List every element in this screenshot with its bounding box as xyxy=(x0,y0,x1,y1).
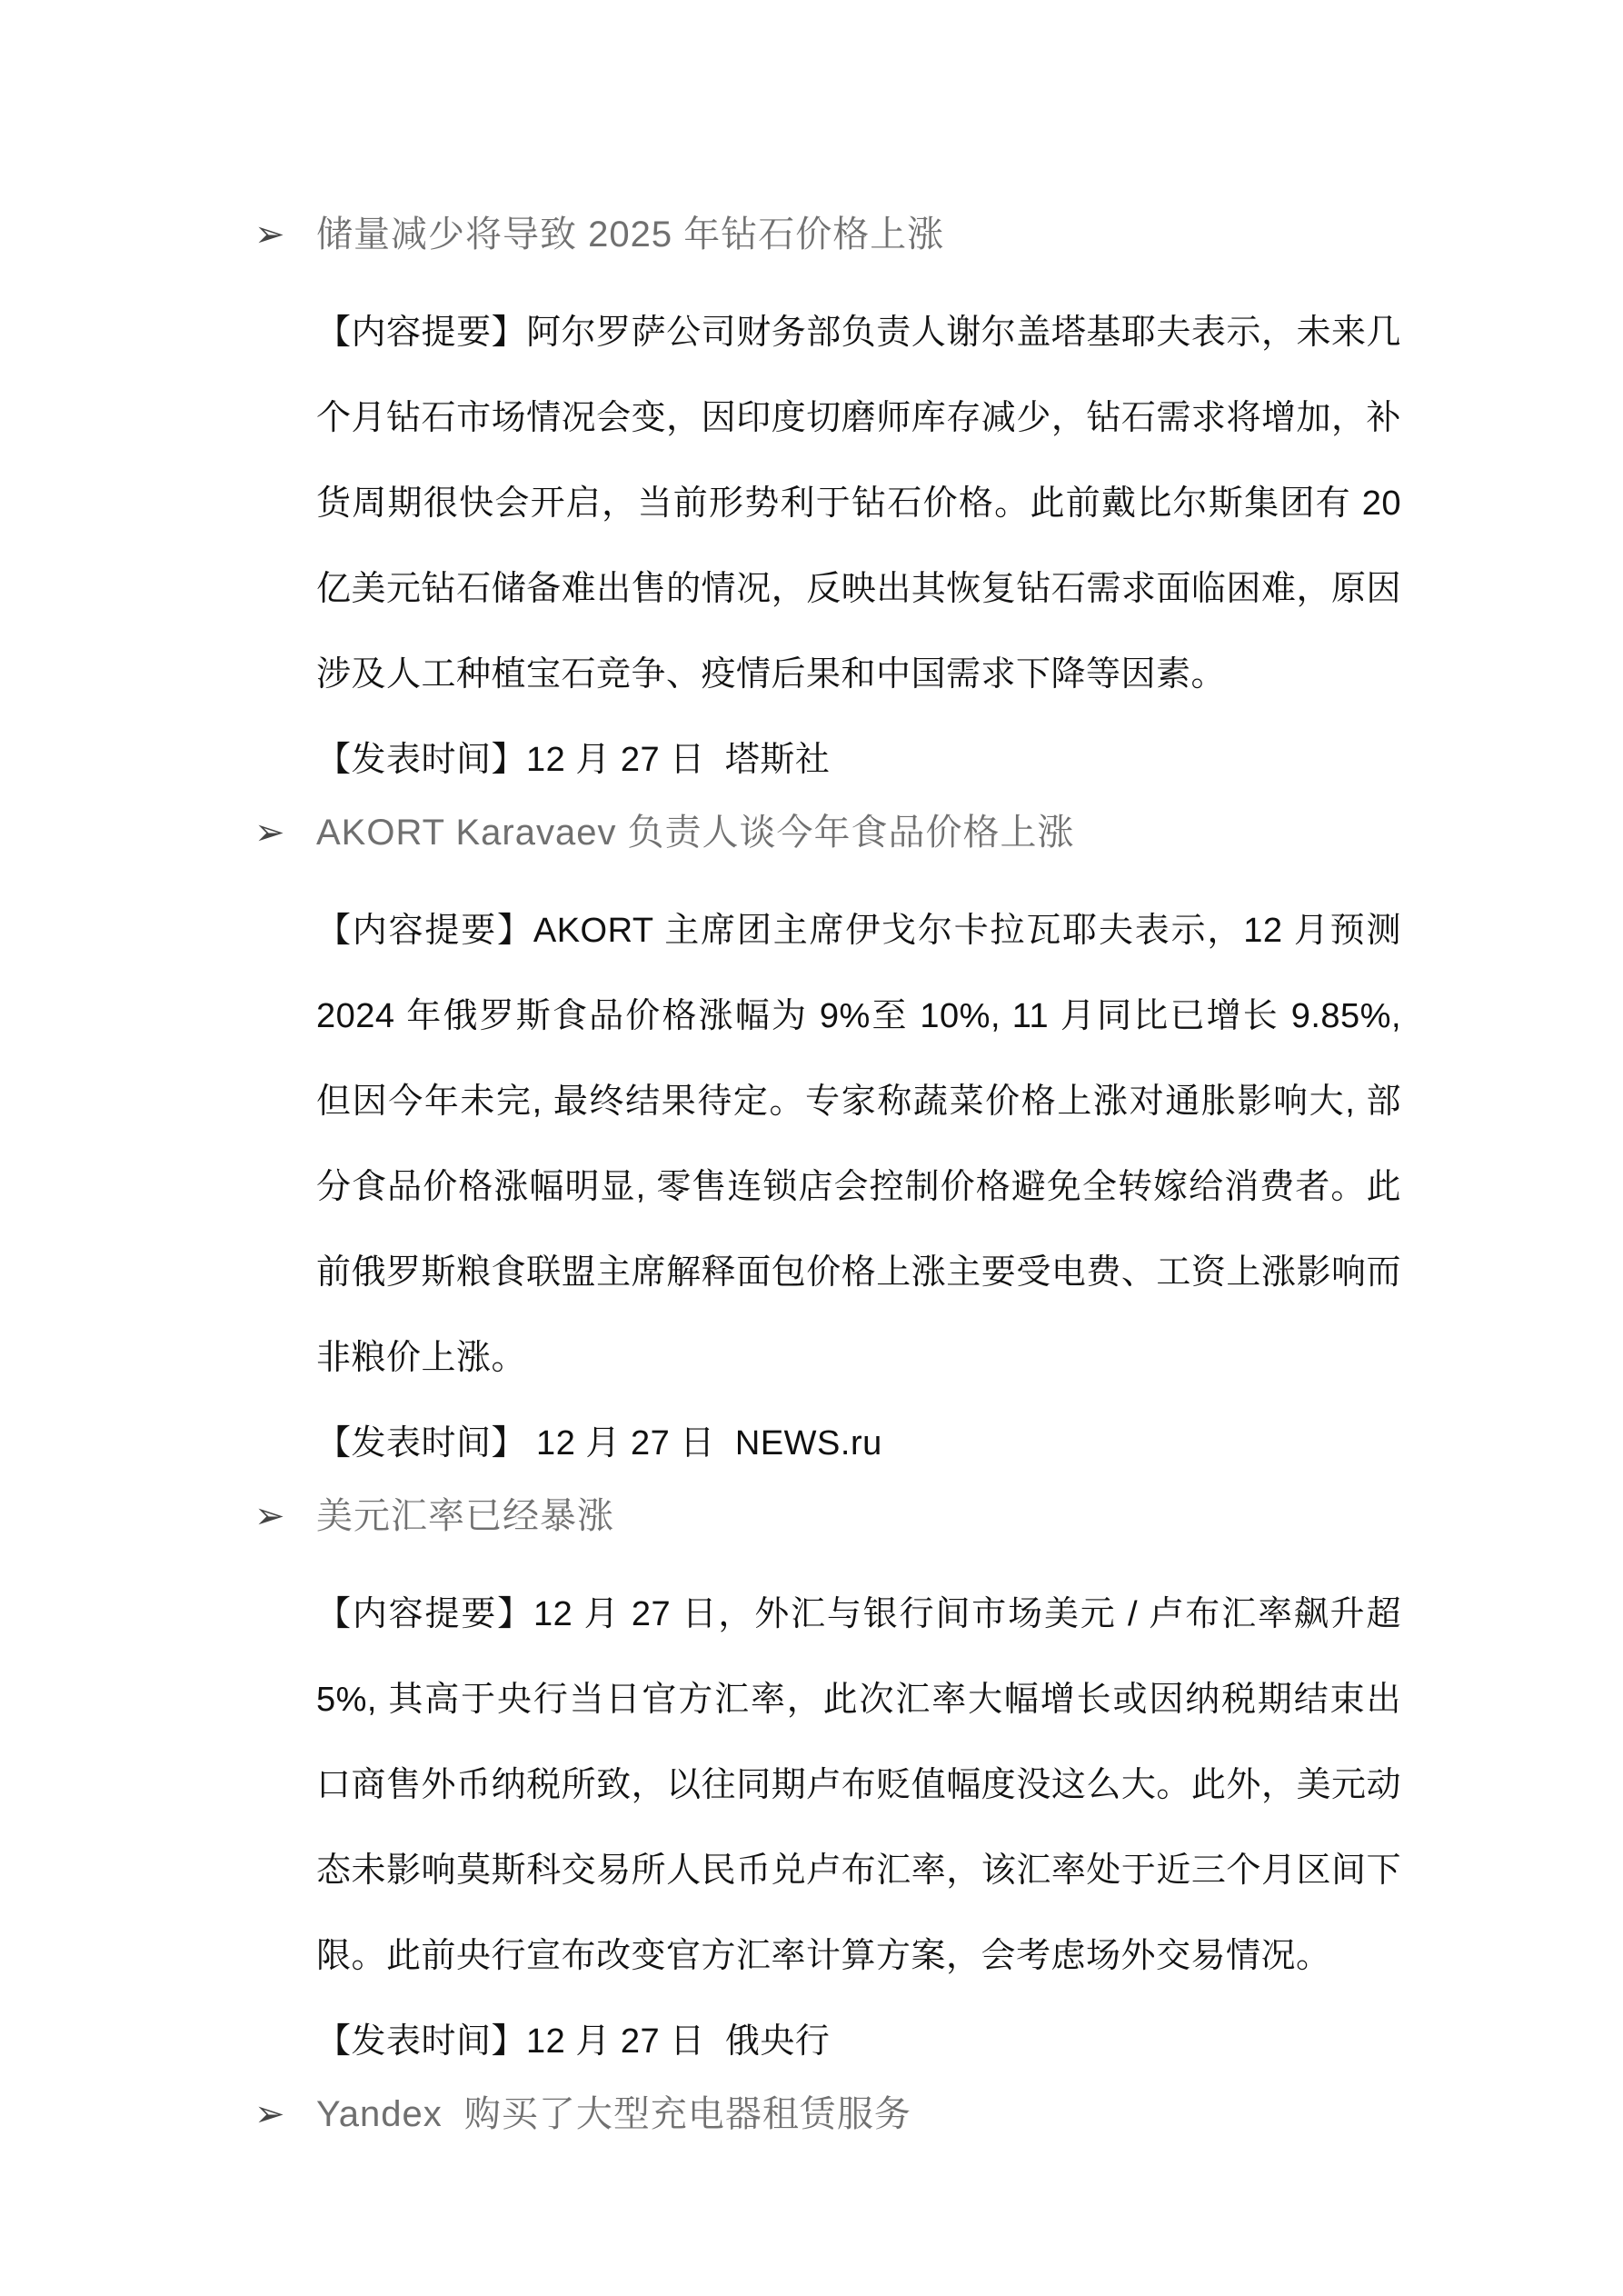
heading-row: ➢ Yandex 购买了大型充电器租赁服务 xyxy=(254,2071,1401,2157)
document-content: ➢ 储量减少将导致 2025 年钻石价格上涨 【内容提要】阿尔罗萨公司财务部负责… xyxy=(254,192,1401,2144)
news-section-food-prices: ➢ AKORT Karavaev 负责人谈今年食品价格上涨 【内容提要】AKOR… xyxy=(254,790,1401,1486)
heading-row: ➢ 储量减少将导致 2025 年钻石价格上涨 xyxy=(254,192,1401,277)
news-summary: 【内容提要】12 月 27 日，外汇与银行间市场美元 / 卢布汇率飙升超 5%,… xyxy=(316,1572,1401,1999)
heading-row: ➢ AKORT Karavaev 负责人谈今年食品价格上涨 xyxy=(254,790,1401,875)
news-summary: 【内容提要】AKORT 主席团主席伊戈尔卡拉瓦耶夫表示，12 月预测 2024 … xyxy=(316,888,1401,1401)
news-summary: 【内容提要】阿尔罗萨公司财务部负责人谢尔盖塔基耶夫表示，未来几个月钻石市场情况会… xyxy=(316,290,1401,717)
news-heading: AKORT Karavaev 负责人谈今年食品价格上涨 xyxy=(316,790,1075,875)
news-section-diamond-prices: ➢ 储量减少将导致 2025 年钻石价格上涨 【内容提要】阿尔罗萨公司财务部负责… xyxy=(254,192,1401,803)
news-heading: 美元汇率已经暴涨 xyxy=(316,1473,614,1559)
news-section-usd-rate: ➢ 美元汇率已经暴涨 【内容提要】12 月 27 日，外汇与银行间市场美元 / … xyxy=(254,1473,1401,2084)
news-section-yandex: ➢ Yandex 购买了大型充电器租赁服务 xyxy=(254,2071,1401,2157)
document-page: ➢ 储量减少将导致 2025 年钻石价格上涨 【内容提要】阿尔罗萨公司财务部负责… xyxy=(0,0,1623,2296)
news-heading: Yandex 购买了大型充电器租赁服务 xyxy=(316,2071,911,2157)
heading-row: ➢ 美元汇率已经暴涨 xyxy=(254,1473,1401,1559)
arrow-bullet-icon: ➢ xyxy=(254,1473,316,1559)
arrow-bullet-icon: ➢ xyxy=(254,2071,316,2157)
arrow-bullet-icon: ➢ xyxy=(254,790,316,875)
news-heading: 储量减少将导致 2025 年钻石价格上涨 xyxy=(316,192,944,277)
arrow-bullet-icon: ➢ xyxy=(254,192,316,277)
